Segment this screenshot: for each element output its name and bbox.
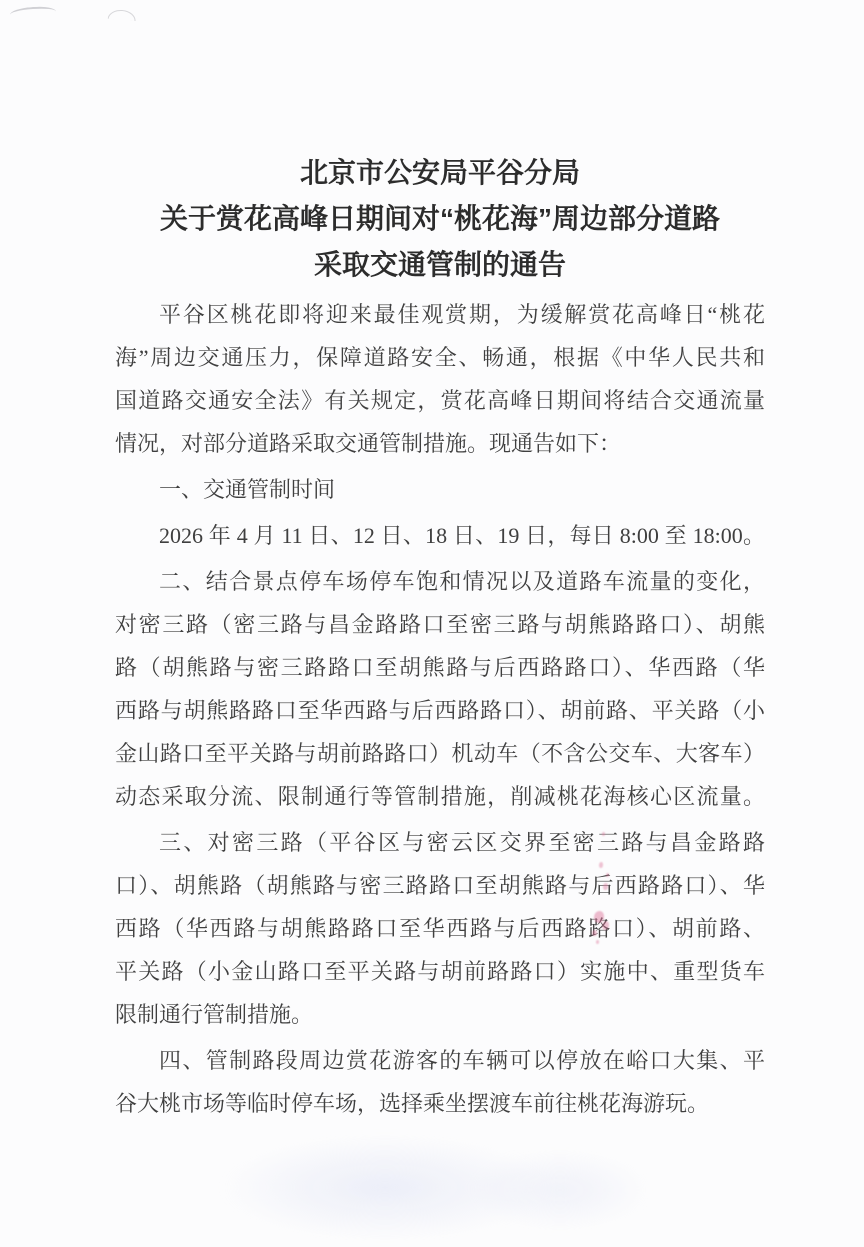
- body-line: 对密三路（密三路与昌金路路口至密三路与胡熊路路口）、胡熊: [115, 603, 765, 646]
- pink-ink-stain: [588, 828, 622, 953]
- notice-body: 平谷区桃花即将迎来最佳观赏期，为缓解赏花高峰日“桃花 海”周边交通压力，保障道路…: [115, 293, 765, 1125]
- pencil-scribble-marks: [0, 0, 160, 40]
- body-line: 四、管制路段周边赏花游客的车辆可以停放在峪口大集、平: [115, 1039, 765, 1082]
- body-line: 平谷区桃花即将迎来最佳观赏期，为缓解赏花高峰日“桃花: [115, 293, 765, 336]
- body-line: 金山路口至平关路与胡前路路口）机动车（不含公交车、大客车）: [115, 732, 765, 775]
- body-line: 海”周边交通压力，保障道路安全、畅通，根据《中华人民共和: [115, 336, 765, 379]
- body-line: 路（胡熊路与密三路路口至胡熊路与后西路路口）、华西路（华: [115, 646, 765, 689]
- paragraph-section4: 四、管制路段周边赏花游客的车辆可以停放在峪口大集、平 谷大桃市场等临时停车场，选…: [115, 1039, 765, 1125]
- body-line: 谷大桃市场等临时停车场，选择乘坐摆渡车前往桃花海游玩。: [115, 1082, 765, 1125]
- body-line: 口）、胡熊路（胡熊路与密三路路口至胡熊路与后西路路口）、华: [115, 864, 765, 907]
- title-line-type: 采取交通管制的通告: [115, 242, 765, 288]
- body-line: 2026 年 4 月 11 日、12 日、18 日、19 日，每日 8:00 至…: [115, 514, 765, 557]
- paragraph-section2: 二、结合景点停车场停车饱和情况以及道路车流量的变化， 对密三路（密三路与昌金路路…: [115, 560, 765, 818]
- paragraph-intro: 平谷区桃花即将迎来最佳观赏期，为缓解赏花高峰日“桃花 海”周边交通压力，保障道路…: [115, 293, 765, 465]
- page-showthrough-smudge-2: [470, 1150, 650, 1230]
- body-line: 平关路（小金山路口至平关路与胡前路路口）实施中、重型货车: [115, 950, 765, 993]
- notice-title: 北京市公安局平谷分局 关于赏花高峰日期间对“桃花海”周边部分道路 采取交通管制的…: [115, 150, 765, 288]
- paragraph-section1-heading: 一、交通管制时间: [115, 468, 765, 511]
- scanned-notice-page: 北京市公安局平谷分局 关于赏花高峰日期间对“桃花海”周边部分道路 采取交通管制的…: [0, 0, 864, 1247]
- title-line-issuer: 北京市公安局平谷分局: [115, 150, 765, 196]
- body-line: 国道路交通安全法》有关规定，赏花高峰日期间将结合交通流量: [115, 379, 765, 422]
- title-line-subject: 关于赏花高峰日期间对“桃花海”周边部分道路: [115, 196, 765, 242]
- body-line: 动态采取分流、限制通行等管制措施，削减桃花海核心区流量。: [115, 775, 765, 818]
- body-line: 西路（华西路与胡熊路路口至华西路与后西路路口）、胡前路、: [115, 907, 765, 950]
- body-line: 情况，对部分道路采取交通管制措施。现通告如下：: [115, 422, 765, 465]
- pencil-mark-1: [10, 5, 57, 20]
- body-line: 一、交通管制时间: [115, 468, 765, 511]
- body-line: 西路与胡熊路路口至华西路与后西路路口）、胡前路、平关路（小: [115, 689, 765, 732]
- pencil-mark-2: [108, 9, 137, 21]
- body-line: 三、对密三路（平谷区与密云区交界至密三路与昌金路路: [115, 821, 765, 864]
- paragraph-section3: 三、对密三路（平谷区与密云区交界至密三路与昌金路路 口）、胡熊路（胡熊路与密三路…: [115, 821, 765, 1036]
- body-line: 限制通行管制措施。: [115, 993, 765, 1036]
- notice-content: 北京市公安局平谷分局 关于赏花高峰日期间对“桃花海”周边部分道路 采取交通管制的…: [115, 150, 765, 1128]
- paragraph-section1-dates: 2026 年 4 月 11 日、12 日、18 日、19 日，每日 8:00 至…: [115, 514, 765, 557]
- body-line: 二、结合景点停车场停车饱和情况以及道路车流量的变化，: [115, 560, 765, 603]
